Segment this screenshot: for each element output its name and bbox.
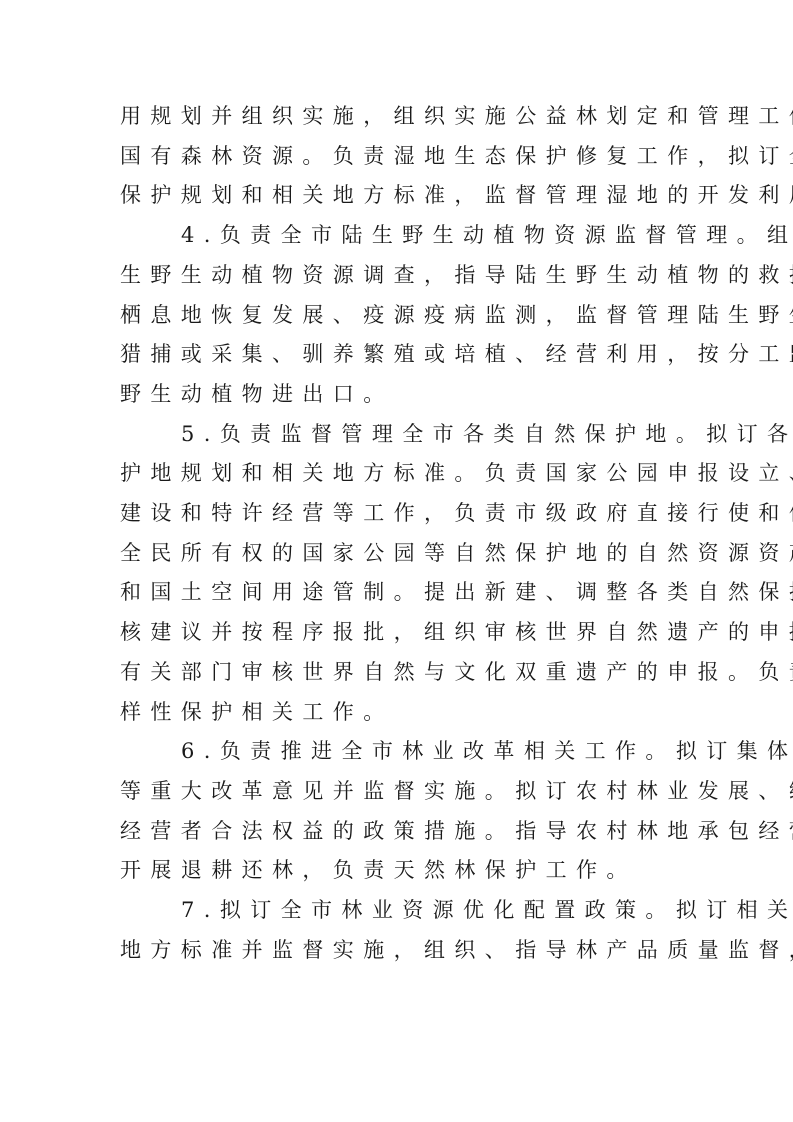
text-line: 等重大改革意见并监督实施。拟订农村林业发展、维护林业 — [120, 772, 676, 812]
text-line: 保护规划和相关地方标准，监督管理湿地的开发利用。 — [120, 176, 676, 216]
paragraph-item-7: 7.拟订全市林业资源优化配置政策。拟订相关林业产业 地方标准并监督实施，组织、指… — [120, 891, 676, 970]
text-line: 栖息地恢复发展、疫源疫病监测，监督管理陆生野生动植物 — [120, 296, 676, 336]
text-line: 和国土空间用途管制。提出新建、调整各类自然保护地的审 — [120, 573, 676, 613]
paragraph-continuation: 用规划并组织实施，组织实施公益林划定和管理工作，管理 国有森林资源。负责湿地生态… — [120, 97, 676, 216]
text-line: 全民所有权的国家公园等自然保护地的自然资源资产管理 — [120, 534, 676, 574]
text-line: 开展退耕还林，负责天然林保护工作。 — [120, 851, 676, 891]
paragraph-item-5: 5.负责监督管理全市各类自然保护地。拟订各类自然保 护地规划和相关地方标准。负责… — [120, 415, 676, 733]
text-line: 用规划并组织实施，组织实施公益林划定和管理工作，管理 — [120, 97, 676, 137]
text-line: 野生动植物进出口。 — [120, 375, 676, 415]
text-line: 有关部门审核世界自然与文化双重遗产的申报。负责生物多 — [120, 653, 676, 693]
paragraph-item-6: 6.负责推进全市林业改革相关工作。拟订集体林权制度 等重大改革意见并监督实施。拟… — [120, 732, 676, 891]
text-line: 5.负责监督管理全市各类自然保护地。拟订各类自然保 — [120, 415, 676, 455]
text-line: 生野生动植物资源调查，指导陆生野生动植物的救护繁育、 — [120, 256, 676, 296]
text-line: 经营者合法权益的政策措施。指导农村林地承包经营工作。 — [120, 812, 676, 852]
text-line: 核建议并按程序报批，组织审核世界自然遗产的申报，会同 — [120, 613, 676, 653]
text-line: 建设和特许经营等工作，负责市级政府直接行使和代理行使 — [120, 494, 676, 534]
text-line: 地方标准并监督实施，组织、指导林产品质量监督，指导生 — [120, 931, 676, 971]
text-line: 样性保护相关工作。 — [120, 693, 676, 733]
text-line: 6.负责推进全市林业改革相关工作。拟订集体林权制度 — [120, 732, 676, 772]
text-line: 7.拟订全市林业资源优化配置政策。拟订相关林业产业 — [120, 891, 676, 931]
text-line: 4.负责全市陆生野生动植物资源监督管理。组织开展陆 — [120, 216, 676, 256]
text-line: 国有森林资源。负责湿地生态保护修复工作，拟订全市湿地 — [120, 137, 676, 177]
text-line: 护地规划和相关地方标准。负责国家公园申报设立、规划、 — [120, 454, 676, 494]
document-page: 用规划并组织实施，组织实施公益林划定和管理工作，管理 国有森林资源。负责湿地生态… — [120, 97, 676, 970]
text-line: 猎捕或采集、驯养繁殖或培植、经营利用，按分工监督管理 — [120, 335, 676, 375]
paragraph-item-4: 4.负责全市陆生野生动植物资源监督管理。组织开展陆 生野生动植物资源调查，指导陆… — [120, 216, 676, 415]
